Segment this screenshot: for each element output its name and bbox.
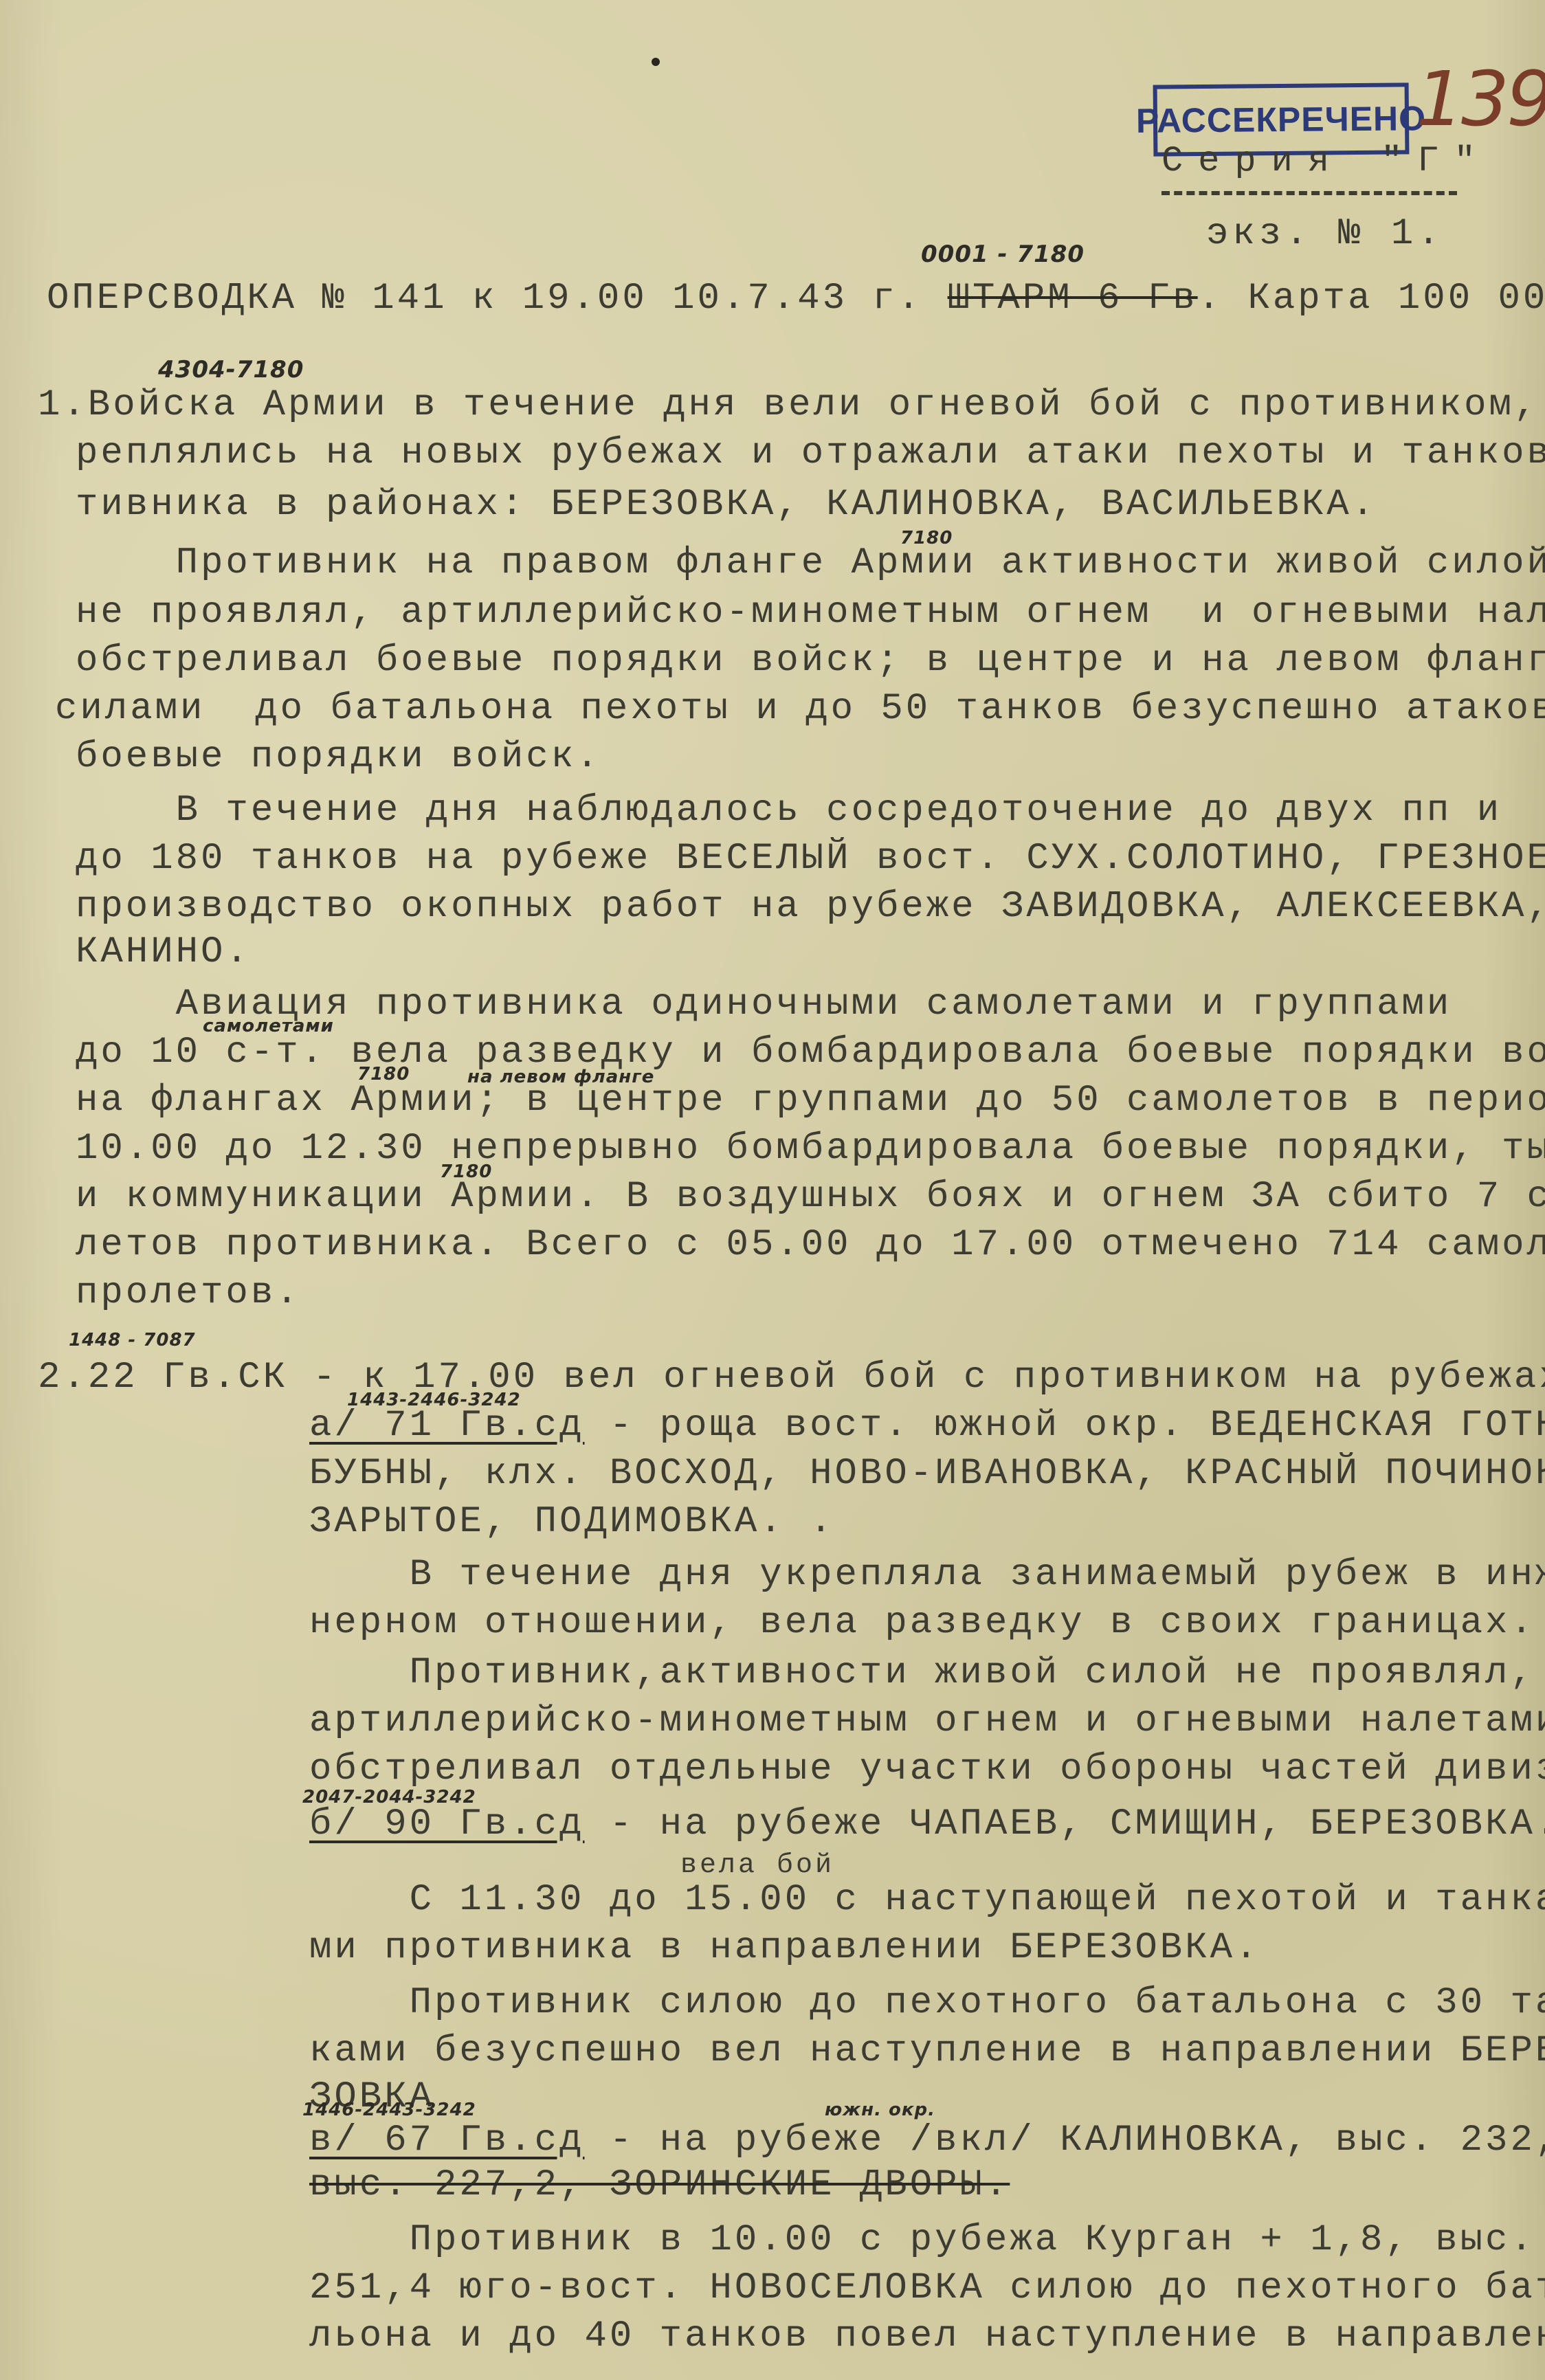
sub-v-para: льона и до 40 танков повел наступление в…: [309, 2316, 1545, 2357]
aviation-line: пролетов.: [76, 1273, 301, 1314]
enemy-line: не проявлял, артиллерийско-минометным ог…: [76, 592, 1545, 634]
title-tail: . Карта 100 000.: [1198, 278, 1545, 320]
concentration-line: КАНИНО.: [76, 932, 251, 973]
sub-a-para2: артиллерийско-минометным огнем и огневым…: [309, 1701, 1545, 1742]
sub-b-para1: ми противника в направлении БЕРЕЗОВКА.: [309, 1928, 1260, 1969]
sub-v-struck-line: выс. 227,2, ЗОРИНСКИЕ ДВОРЫ.: [309, 2165, 1010, 2206]
s1-line: 1.Войска Армии в течение дня вели огнево…: [38, 385, 1545, 426]
doc-title: ОПЕРСВОДКА № 141 к 19.00 10.7.43 г. ШТАР…: [47, 278, 1545, 320]
aviation-line: и коммуникации Армии. В воздушных боях и…: [76, 1177, 1545, 1218]
sub-v-text: - на рубеже /вкл/ КАЛИНОВКА, выс. 232,8,: [584, 2120, 1545, 2161]
section2-code: 1448 - 7087: [69, 1330, 196, 1350]
aviation-line: 10.00 до 12.30 непрерывно бомбардировала…: [76, 1128, 1545, 1170]
aviation-line: на флангах Армии; в центре группами до 5…: [76, 1080, 1545, 1122]
enemy-line: силами до батальона пехоты и до 50 танко…: [55, 689, 1545, 730]
sub-b-para2: Противник силою до пехотного батальона с…: [309, 1983, 1545, 2024]
concentration-line: В течение дня наблюдалось сосредоточение…: [76, 790, 1502, 832]
aviation-line: летов противника. Всего с 05.00 до 17.00…: [76, 1225, 1545, 1266]
sub-v-line: в/ 67 Гв.сд - на рубеже /вкл/ КАЛИНОВКА,…: [309, 2120, 1545, 2161]
sub-a-line: а/ 71 Гв.сд - роща вост. южной окр. ВЕДЕ…: [309, 1405, 1545, 1447]
series-label: Серия "Г": [1161, 141, 1491, 181]
sub-a-line: ЗАРЫТОЕ, ПОДИМОВКА. .: [309, 1502, 835, 1543]
sub-a-line: БУБНЫ, клх. ВОСХОД, НОВО-ИВАНОВКА, КРАСН…: [309, 1454, 1545, 1495]
sub-b-label: б/ 90 Гв.сд: [309, 1803, 584, 1845]
enemy-line: Противник на правом фланге Армии активно…: [76, 543, 1545, 584]
title-text: ОПЕРСВОДКА № 141 к 19.00 10.7.43 г.: [47, 278, 948, 320]
series-divider: [1161, 191, 1457, 195]
sub-v-para: 251,4 юго-вост. НОВОСЕЛОВКА силою до пех…: [309, 2268, 1545, 2309]
title-handwritten-code: 0001 - 7180: [921, 241, 1085, 268]
sub-a-para2: Противник,активности живой силой не проя…: [309, 1653, 1535, 1694]
sub-v-code: 1446-2443-3242: [302, 2100, 476, 2120]
enemy-line: обстреливал боевые порядки войск; в цент…: [76, 641, 1545, 682]
s1-line: реплялись на новых рубежах и отражали ат…: [76, 433, 1545, 474]
sub-v-para: Противник в 10.00 с рубежа Курган + 1,8,…: [309, 2220, 1535, 2261]
section1-code: 4304-7180: [158, 356, 304, 383]
sub-b-text: - на рубеже ЧАПАЕВ, СМИЩИН, БЕРЕЗОВКА.: [584, 1803, 1545, 1845]
concentration-line: производство окопных работ на рубеже ЗАВ…: [76, 887, 1545, 928]
sub-b-para1: С 11.30 до 15.00 с наступающей пехотой и…: [309, 1880, 1545, 1921]
sub-v-note: южн. окр.: [825, 2100, 935, 2120]
sub-a-text: - роща вост. южной окр. ВЕДЕНСКАЯ ГОТНЯ,: [584, 1405, 1545, 1447]
sub-a-para1: В течение дня укрепляла занимаемый рубеж…: [309, 1555, 1545, 1596]
copy-number: экз. № 1.: [1206, 213, 1444, 255]
folio-number: 139: [1416, 55, 1545, 143]
aviation-line: до 10 с-т. вела разведку и бомбардировал…: [76, 1032, 1545, 1074]
document-page: РАССЕКРЕЧЕНО 139 Серия "Г" экз. № 1. 000…: [0, 0, 1545, 2380]
sub-v-label: в/ 67 Гв.сд: [309, 2120, 584, 2161]
sub-b-para2: ками безуспешно вел наступление в направ…: [309, 2031, 1545, 2072]
enemy-line: боевые порядки войск.: [76, 737, 601, 778]
ink-dot: [652, 58, 660, 66]
title-struck-text: ШТАРМ 6 Гв: [948, 278, 1198, 320]
sub-b-line: б/ 90 Гв.сд - на рубеже ЧАПАЕВ, СМИЩИН, …: [309, 1804, 1545, 1845]
sub-a-para1: нерном отношении, вела разведку в своих …: [309, 1603, 1535, 1644]
s1-line: тивника в районах: БЕРЕЗОВКА, КАЛИНОВКА,…: [76, 485, 1377, 526]
section2-heading: 2.22 Гв.СК - к 17.00 вел огневой бой с п…: [38, 1357, 1545, 1399]
concentration-line: до 180 танков на рубеже ВЕСЕЛЫЙ вост. СУ…: [76, 838, 1545, 880]
sub-a-para2: обстреливал отдельные участки обороны ча…: [309, 1749, 1545, 1790]
sub-a-label: а/ 71 Гв.сд: [309, 1405, 584, 1447]
